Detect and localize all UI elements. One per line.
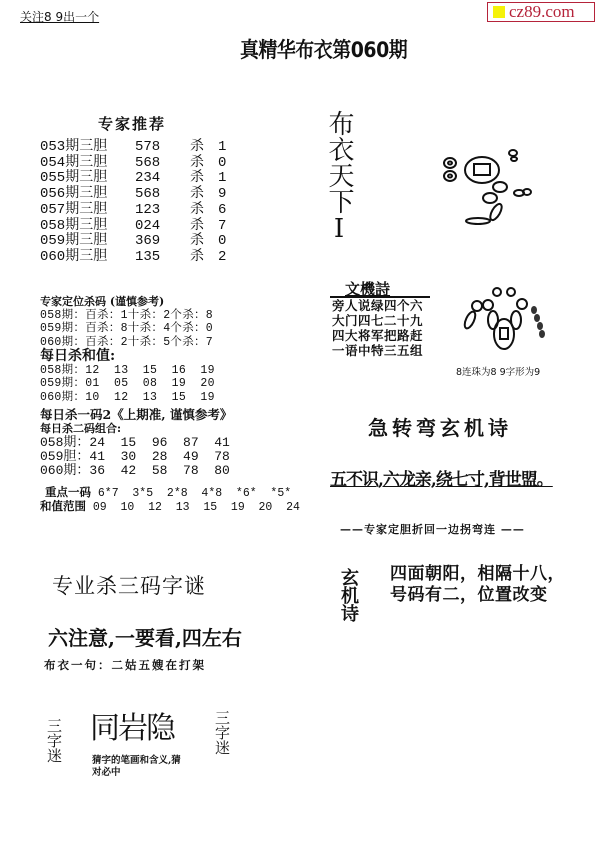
pick-kill-label: 杀	[190, 171, 218, 187]
pick-row: 060期三胆135杀2	[40, 250, 226, 266]
jzw-poem-title: 急转弯玄机诗	[368, 412, 512, 441]
pick-row: 055期三胆234杀1	[40, 171, 226, 187]
riddle-section-title: 专业杀三码字谜	[52, 570, 206, 600]
poem-line: 四面朝阳，相隔十八，	[390, 564, 565, 585]
pick-kill-label: 杀	[190, 234, 218, 250]
expert-title: 专家推荐	[98, 113, 166, 134]
pick-nums: 568	[135, 156, 190, 172]
daily-sum-row: 059期：01 05 08 19 20	[40, 377, 215, 391]
daily-kill-two-row: 060期：36 42 58 78 80	[40, 464, 232, 478]
three-char-label-left: 三字迷	[44, 718, 65, 763]
position-kill-title: 专家定位杀码 (谨慎参考)	[40, 295, 215, 309]
position-kill-row: 058期：百杀：1十杀：2个杀：8	[40, 309, 215, 323]
pick-period: 059期三胆	[40, 234, 135, 250]
position-kill-row: 059期：百杀：8十杀：4个杀：0	[40, 322, 215, 336]
pick-kill: 2	[218, 250, 226, 266]
three-char-label-right: 三字迷	[212, 710, 233, 755]
pick-period: 053期三胆	[40, 140, 135, 156]
pick-kill: 1	[218, 140, 226, 156]
daily-kill-two-row: 058期：24 15 96 87 41	[40, 436, 232, 450]
top-note: 关注8 9出一个	[20, 8, 99, 25]
sum-range-label: 和值范围	[40, 499, 86, 513]
daily-kill-two-row: 059胆：41 30 28 49 78	[40, 450, 232, 464]
sum-range-value: 09 10 12 13 15 19 20 24	[86, 501, 300, 514]
pick-period: 057期三胆	[40, 203, 135, 219]
poem-line: 号码有二，位置改变	[390, 585, 565, 606]
beads-illustration-icon	[460, 282, 555, 357]
pick-row: 058期三胆024杀7	[40, 219, 226, 235]
riddle-text: 六注意,一要看,四左右	[48, 622, 242, 651]
expert-picks-list: 053期三胆578杀1 054期三胆568杀0 055期三胆234杀1 056期…	[40, 140, 226, 266]
poem-line: 旁人说绿四个六	[332, 298, 423, 313]
xuanji-poem: 四面朝阳，相隔十八， 号码有二，位置改变	[390, 564, 565, 606]
pick-kill: 0	[218, 156, 226, 172]
pick-nums: 123	[135, 203, 190, 219]
pick-nums: 135	[135, 250, 190, 266]
buyi-line: 布衣一句：二姑五嫂在打架	[44, 657, 206, 673]
daily-sum-row: 060期：10 12 13 15 19	[40, 391, 215, 405]
focus-label: 重点一码	[45, 485, 91, 499]
poem-line: 一语中特三五组	[332, 343, 423, 358]
xuanji-poem-label: 玄机诗	[336, 568, 361, 622]
position-kill-row: 060期：百杀：2十杀：5个杀：7	[40, 336, 215, 350]
pick-row: 057期三胆123杀6	[40, 203, 226, 219]
pick-period: 058期三胆	[40, 219, 135, 235]
three-char-hint: 猜字的笔画和含义,猜对必中	[92, 755, 187, 779]
buyi-vertical-title: 布衣天下I	[324, 110, 354, 244]
pick-nums: 578	[135, 140, 190, 156]
pick-nums: 369	[135, 234, 190, 250]
wenji-poem: 旁人说绿四个六 大门四七二十九 四大将军把路赶 一语中特三五组	[332, 298, 423, 358]
pick-kill-label: 杀	[190, 250, 218, 266]
coins-illustration-icon	[440, 145, 535, 225]
pick-nums: 234	[135, 171, 190, 187]
watermark-text: cz89.com	[509, 2, 575, 22]
sum-range: 和值范围 09 10 12 13 15 19 20 24	[40, 498, 300, 514]
daily-sum-title: 每日杀和值:	[40, 350, 215, 364]
pick-kill: 7	[218, 219, 226, 235]
pick-kill: 9	[218, 187, 226, 203]
square-icon	[493, 6, 505, 18]
daily-kill-block: 每日杀一码2《上期准, 谨慎参考》 每日杀二码组合: 058期：24 15 96…	[40, 408, 232, 478]
daily-kill-two-title: 每日杀二码组合:	[40, 422, 232, 436]
pick-kill: 6	[218, 203, 226, 219]
pick-nums: 024	[135, 219, 190, 235]
pick-kill-label: 杀	[190, 140, 218, 156]
pick-row: 056期三胆568杀9	[40, 187, 226, 203]
poem-line: 四大将军把路赶	[332, 328, 423, 343]
pick-kill-label: 杀	[190, 203, 218, 219]
daily-kill-one: 每日杀一码2《上期准, 谨慎参考》	[40, 408, 232, 422]
position-kill-block: 专家定位杀码 (谨慎参考) 058期：百杀：1十杀：2个杀：8 059期：百杀：…	[40, 295, 215, 404]
pick-kill: 0	[218, 234, 226, 250]
pick-period: 060期三胆	[40, 250, 135, 266]
expert-banker-line: ——专家定胆折回一边拐弯连 ——	[340, 521, 525, 537]
daily-sum-row: 058期：12 13 15 16 19	[40, 364, 215, 378]
poem-line: 大门四七二十九	[332, 313, 423, 328]
three-char-word: 同岩隐	[90, 703, 174, 747]
pick-row: 053期三胆578杀1	[40, 140, 226, 156]
beads-caption: 8连珠为8 9字形为9	[456, 364, 540, 378]
pick-period: 056期三胆	[40, 187, 135, 203]
pick-row: 059期三胆369杀0	[40, 234, 226, 250]
watermark-badge: cz89.com	[487, 2, 595, 22]
pick-nums: 568	[135, 187, 190, 203]
jzw-poem-line: 五不识,六龙亲,绕七寸,背世盟。	[330, 465, 553, 490]
pick-kill-label: 杀	[190, 187, 218, 203]
pick-period: 055期三胆	[40, 171, 135, 187]
page-title: 真精华布衣第060期	[240, 34, 407, 64]
pick-kill: 1	[218, 171, 226, 187]
pick-kill-label: 杀	[190, 219, 218, 235]
